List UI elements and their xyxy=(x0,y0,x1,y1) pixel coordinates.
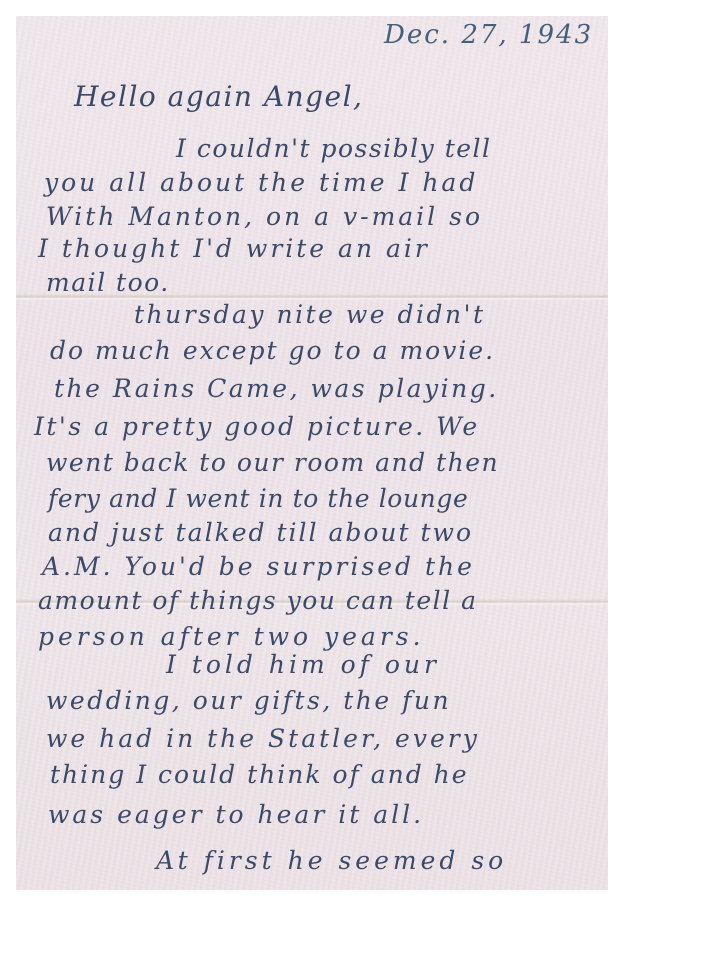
letter-line: and just talked till about two xyxy=(48,518,473,547)
letter-page: Dec. 27, 1943 Hello again Angel, I could… xyxy=(16,16,608,890)
letter-line: wedding, our gifts, the fun xyxy=(46,686,451,715)
letter-line: A.M. You'd be surprised the xyxy=(42,552,475,581)
letter-line: I thought I'd write an air xyxy=(38,234,430,263)
letter-line: we had in the Statler, every xyxy=(46,724,480,753)
letter-line: It's a pretty good picture. We xyxy=(34,412,480,441)
letter-date: Dec. 27, 1943 xyxy=(384,20,593,50)
letter-line: I told him of our xyxy=(166,650,440,679)
letter-line: At first he seemed so xyxy=(156,846,507,875)
letter-line: mail too. xyxy=(46,268,170,297)
letter-line: amount of things you can tell a xyxy=(38,586,478,615)
letter-line: you all about the time I had xyxy=(44,168,478,197)
letter-line: I couldn't possibly tell xyxy=(176,134,492,163)
letter-line: was eager to hear it all. xyxy=(48,800,424,829)
letter-line: went back to our room and then xyxy=(46,448,499,477)
letter-line: thursday nite we didn't xyxy=(134,300,486,329)
letter-line: person after two years. xyxy=(38,622,425,651)
letter-line: the Rains Came, was playing. xyxy=(54,374,499,403)
letter-line: fery and I went in to the lounge xyxy=(48,484,468,513)
letter-salutation: Hello again Angel, xyxy=(74,80,363,113)
letter-line: With Manton, on a v-mail so xyxy=(46,202,483,231)
letter-line: do much except go to a movie. xyxy=(50,336,495,365)
letter-line: thing I could think of and he xyxy=(50,760,469,789)
